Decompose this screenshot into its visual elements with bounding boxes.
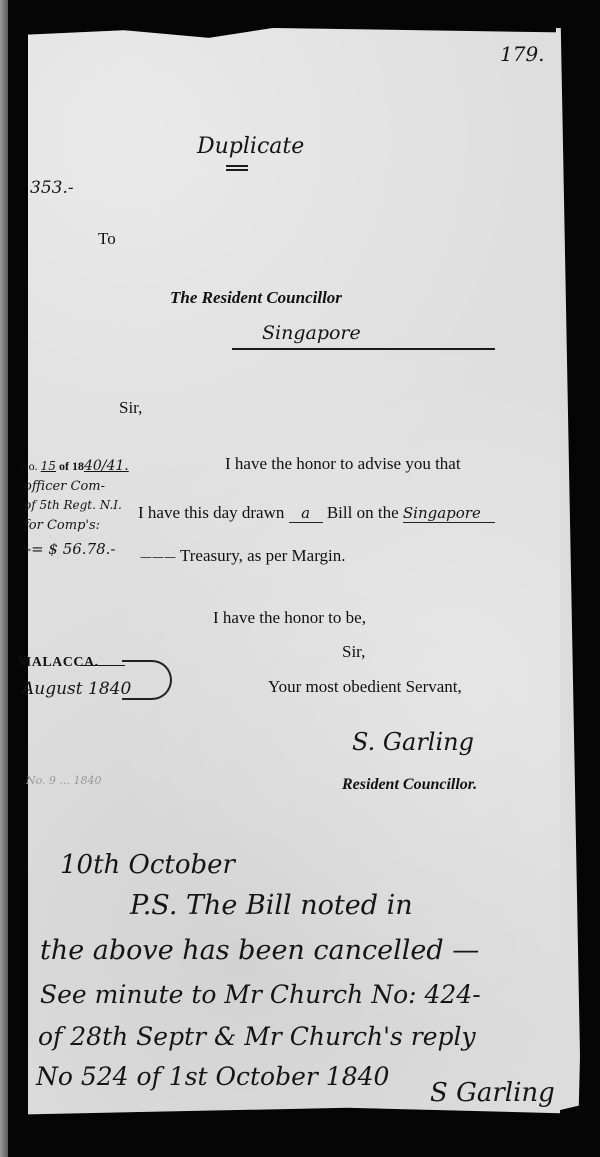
ps-line-1: P.S. The Bill noted in [130,890,413,921]
signatory-title: Resident Councillor. [342,776,477,794]
ps-line-3: See minute to Mr Church No: 424- [40,980,481,1009]
body-line-3-suffix: Treasury, as per Margin. [180,546,346,565]
bill-year: 40/41. [84,458,129,474]
margin-place: MALACCA. [18,655,99,671]
body-line-2: I have this day drawn a Bill on the Sing… [138,503,495,523]
closing-signature: S. Garling [352,728,474,756]
body-line-3: ——— Treasury, as per Margin. [140,546,346,566]
body-line-1: I have the honor to advise you that [225,454,461,474]
bill-no: 15 [41,459,56,473]
margin-bill-number: No. 15 of 1840/41. [20,458,129,474]
bill-of-label: of 18 [59,459,84,473]
copy-label: Duplicate [197,134,304,159]
ps-signature: S Garling [430,1078,555,1108]
ps-line-5: No 524 of 1st October 1840 [36,1062,389,1091]
ps-date: 10th October [60,850,235,880]
copy-label-underline-2 [226,169,248,171]
salutation-to: To [98,229,116,249]
margin-line-1: officer Com- [24,479,105,494]
margin-place-flourish [80,665,125,666]
margin-date: August 1840 [22,679,131,699]
scanner-edge [0,0,8,1157]
ps-line-4: of 28th Septr & Mr Church's reply [38,1022,476,1051]
body-line-2-place: Singapore [403,504,495,523]
addressee-place-line [232,348,495,350]
body-line-2-middle: Bill on the [327,503,399,522]
margin-line-3: for Comp's: [24,518,100,533]
ps-line-2: the above has been cancelled — [40,935,479,966]
addressee-title: The Resident Councillor [170,288,342,308]
addressee-place: Singapore [262,322,361,344]
body-line-3-fill: ——— [140,550,176,564]
folio-number: 179. [500,42,545,66]
body-line-2-fill: a [289,504,323,523]
closing-line-3: Your most obedient Servant, [268,677,462,697]
greeting: Sir, [119,398,142,418]
margin-amount: -= $ 56.78.- [26,540,116,558]
margin-faint-note: No. 9 ... 1840 [26,774,102,787]
letter-number: 353.- [30,178,74,198]
body-line-2-prefix: I have this day drawn [138,503,284,522]
copy-label-underline [226,165,248,167]
closing-line-1: I have the honor to be, [213,608,366,628]
margin-line-2: of 5th Regt. N.I. [24,498,122,512]
bill-no-label: No. [20,459,38,473]
closing-line-2: Sir, [342,642,365,662]
